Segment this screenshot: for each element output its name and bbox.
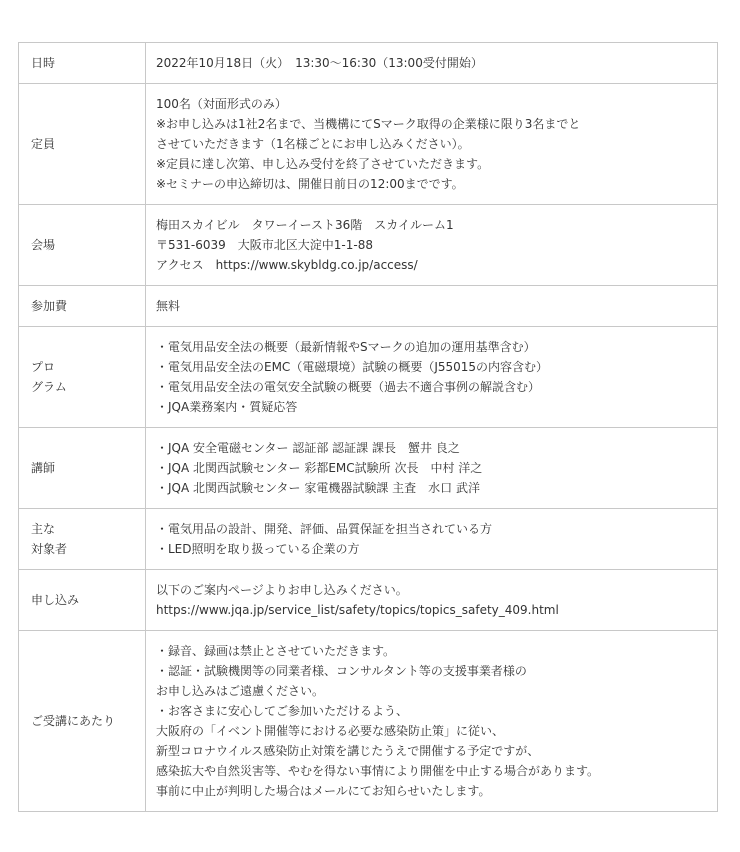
row-datetime: 日時 2022年10月18日（火） 13:30〜16:30（13:00受付開始） — [19, 43, 718, 84]
capacity-note: ※定員に達し次第、申し込み受付を終了させていただきます。 — [156, 154, 709, 174]
capacity-note: ※セミナーの申込締切は、開催日前日の12:00までです。 — [156, 174, 709, 194]
label-text: 講師 — [31, 458, 145, 478]
row-label: 申し込み — [19, 570, 146, 631]
label-text: 参加費 — [31, 296, 145, 316]
program-item: ・電気用品安全法のEMC（電磁環境）試験の概要（J55015の内容含む） — [156, 357, 709, 377]
label-text: ご受講にあたり — [31, 711, 145, 731]
note-line: 大阪府の「イベント開催等における必要な感染防止策」に従い、 — [156, 721, 709, 741]
application-link[interactable]: https://www.jqa.jp/service_list/safety/t… — [156, 600, 709, 620]
row-value: ・電気用品の設計、開発、評価、品質保証を担当されている方 ・LED照明を取り扱っ… — [146, 509, 718, 570]
row-value: ・電気用品安全法の概要（最新情報やSマークの追加の運用基準含む） ・電気用品安全… — [146, 327, 718, 428]
row-value: ・録音、録画は禁止とさせていただきます。 ・認証・試験機関等の同業者様、コンサル… — [146, 631, 718, 812]
row-audience: 主な 対象者 ・電気用品の設計、開発、評価、品質保証を担当されている方 ・LED… — [19, 509, 718, 570]
venue-access-link[interactable]: アクセス https://www.skybldg.co.jp/access/ — [156, 255, 709, 275]
program-item: ・電気用品安全法の電気安全試験の概要（過去不適合事例の解説含む） — [156, 377, 709, 397]
lecturer-item: ・JQA 北関西試験センター 家電機器試験課 主査 水口 武洋 — [156, 478, 709, 498]
venue-name: 梅田スカイビル タワーイースト36階 スカイルーム1 — [156, 215, 709, 235]
row-program: プロ グラム ・電気用品安全法の概要（最新情報やSマークの追加の運用基準含む） … — [19, 327, 718, 428]
row-capacity: 定員 100名（対面形式のみ） ※お申し込みは1社2名まで、当機構にてSマーク取… — [19, 84, 718, 205]
row-fee: 参加費 無料 — [19, 286, 718, 327]
venue-address: 〒531-6039 大阪市北区大淀中1-1-88 — [156, 235, 709, 255]
row-application: 申し込み 以下のご案内ページよりお申し込みください。 https://www.j… — [19, 570, 718, 631]
label-text: 申し込み — [31, 590, 145, 610]
row-attendance-notes: ご受講にあたり ・録音、録画は禁止とさせていただきます。 ・認証・試験機関等の同… — [19, 631, 718, 812]
note-line: ・お客さまに安心してご参加いただけるよう、 — [156, 701, 709, 721]
label-text: 対象者 — [31, 539, 145, 559]
row-value: 梅田スカイビル タワーイースト36階 スカイルーム1 〒531-6039 大阪市… — [146, 205, 718, 286]
capacity-note: させていただきます（1名様ごとにお申し込みください）。 — [156, 134, 709, 154]
audience-item: ・LED照明を取り扱っている企業の方 — [156, 539, 709, 559]
datetime-text: 2022年10月18日（火） 13:30〜16:30（13:00受付開始） — [156, 53, 709, 73]
capacity-text: 100名（対面形式のみ） — [156, 94, 709, 114]
row-value: 100名（対面形式のみ） ※お申し込みは1社2名まで、当機構にてSマーク取得の企… — [146, 84, 718, 205]
label-text: 会場 — [31, 235, 145, 255]
label-text: 主な — [31, 519, 145, 539]
note-line: ・録音、録画は禁止とさせていただきます。 — [156, 641, 709, 661]
row-lecturers: 講師 ・JQA 安全電磁センター 認証部 認証課 課長 蟹井 良之 ・JQA 北… — [19, 428, 718, 509]
row-label: 主な 対象者 — [19, 509, 146, 570]
program-item: ・JQA業務案内・質疑応答 — [156, 397, 709, 417]
note-line: ・認証・試験機関等の同業者様、コンサルタント等の支援事業者様の — [156, 661, 709, 681]
fee-text: 無料 — [156, 296, 709, 316]
audience-item: ・電気用品の設計、開発、評価、品質保証を担当されている方 — [156, 519, 709, 539]
note-line: お申し込みはご遠慮ください。 — [156, 681, 709, 701]
program-item: ・電気用品安全法の概要（最新情報やSマークの追加の運用基準含む） — [156, 337, 709, 357]
row-label: 講師 — [19, 428, 146, 509]
note-line: 新型コロナウイルス感染防止対策を講じたうえで開催する予定ですが、 — [156, 741, 709, 761]
row-label: 定員 — [19, 84, 146, 205]
capacity-note: ※お申し込みは1社2名まで、当機構にてSマーク取得の企業様に限り3名までと — [156, 114, 709, 134]
note-line: 事前に中止が判明した場合はメールにてお知らせいたします。 — [156, 781, 709, 801]
seminar-info-table: 日時 2022年10月18日（火） 13:30〜16:30（13:00受付開始）… — [18, 42, 718, 812]
row-value: 以下のご案内ページよりお申し込みください。 https://www.jqa.jp… — [146, 570, 718, 631]
row-label: プロ グラム — [19, 327, 146, 428]
row-value: 無料 — [146, 286, 718, 327]
application-text: 以下のご案内ページよりお申し込みください。 — [156, 580, 709, 600]
row-label: ご受講にあたり — [19, 631, 146, 812]
row-value: ・JQA 安全電磁センター 認証部 認証課 課長 蟹井 良之 ・JQA 北関西試… — [146, 428, 718, 509]
note-line: 感染拡大や自然災害等、やむを得ない事情により開催を中止する場合があります。 — [156, 761, 709, 781]
lecturer-item: ・JQA 北関西試験センター 彩都EMC試験所 次長 中村 洋之 — [156, 458, 709, 478]
row-label: 参加費 — [19, 286, 146, 327]
row-label: 会場 — [19, 205, 146, 286]
label-text: 日時 — [31, 53, 145, 73]
row-label: 日時 — [19, 43, 146, 84]
row-value: 2022年10月18日（火） 13:30〜16:30（13:00受付開始） — [146, 43, 718, 84]
label-text: 定員 — [31, 134, 145, 154]
label-text: グラム — [31, 377, 145, 397]
row-venue: 会場 梅田スカイビル タワーイースト36階 スカイルーム1 〒531-6039 … — [19, 205, 718, 286]
lecturer-item: ・JQA 安全電磁センター 認証部 認証課 課長 蟹井 良之 — [156, 438, 709, 458]
label-text: プロ — [31, 357, 145, 377]
